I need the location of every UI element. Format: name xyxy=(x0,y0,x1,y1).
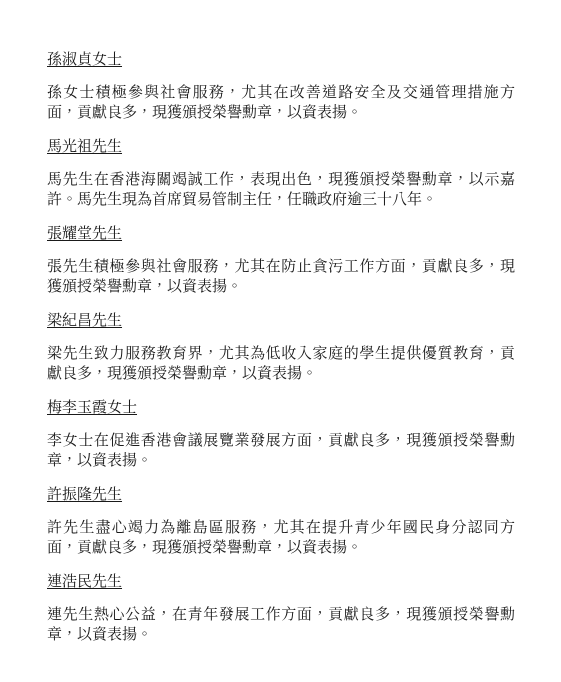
citation-line: 馬先生在香港海關竭誠工作，表現出色，現獲頒授榮譽勳章，以示嘉 xyxy=(47,170,515,190)
citation-line: 許。馬先生現為首席貿易管制主任，任職政府逾三十八年。 xyxy=(47,190,515,210)
recipient-name-heading: 許振隆先生 xyxy=(47,485,515,505)
citation-paragraph: 連先生熱心公益，在青年發展工作方面，貢獻良多，現獲頒授榮譽勳章，以資表揚。 xyxy=(47,605,515,645)
recipient-name-heading: 馬光祖先生 xyxy=(47,137,515,157)
citation-line: 獲頒授榮譽勳章，以資表揚。 xyxy=(47,277,515,297)
citation-paragraph: 張先生積極參與社會服務，尤其在防止貪污工作方面，貢獻良多，現獲頒授榮譽勳章，以資… xyxy=(47,257,515,297)
citation-paragraph: 李女士在促進香港會議展覽業發展方面，貢獻良多，現獲頒授榮譽勳章，以資表揚。 xyxy=(47,431,515,471)
citation-line: 章，以資表揚。 xyxy=(47,625,515,645)
honour-entry: 許振隆先生 許先生盡心竭力為離島區服務，尤其在提升青少年國民身分認同方面，貢獻良… xyxy=(47,485,515,558)
citation-paragraph: 梁先生致力服務教育界，尤其為低收入家庭的學生提供優質教育，貢獻良多，現獲頒授榮譽… xyxy=(47,344,515,384)
citation-line: 李女士在促進香港會議展覽業發展方面，貢獻良多，現獲頒授榮譽勳 xyxy=(47,431,515,451)
citation-line: 許先生盡心竭力為離島區服務，尤其在提升青少年國民身分認同方 xyxy=(47,518,515,538)
citation-line: 梁先生致力服務教育界，尤其為低收入家庭的學生提供優質教育，貢 xyxy=(47,344,515,364)
document-page: 孫淑貞女士 孫女士積極參與社會服務，尤其在改善道路安全及交通管理措施方面，貢獻良… xyxy=(0,0,561,682)
citation-line: 面，貢獻良多，現獲頒授榮譽勳章，以資表揚。 xyxy=(47,538,515,558)
citation-line: 連先生熱心公益，在青年發展工作方面，貢獻良多，現獲頒授榮譽勳 xyxy=(47,605,515,625)
recipient-name-heading: 梁紀昌先生 xyxy=(47,311,515,331)
honour-entry: 張耀堂先生 張先生積極參與社會服務，尤其在防止貪污工作方面，貢獻良多，現獲頒授榮… xyxy=(47,224,515,297)
recipient-name-heading: 梅李玉霞女士 xyxy=(47,398,515,418)
recipient-name-heading: 張耀堂先生 xyxy=(47,224,515,244)
citation-line: 獻良多，現獲頒授榮譽勳章，以資表揚。 xyxy=(47,364,515,384)
citation-line: 孫女士積極參與社會服務，尤其在改善道路安全及交通管理措施方 xyxy=(47,83,515,103)
citation-line: 張先生積極參與社會服務，尤其在防止貪污工作方面，貢獻良多，現 xyxy=(47,257,515,277)
honour-entry: 馬光祖先生 馬先生在香港海關竭誠工作，表現出色，現獲頒授榮譽勳章，以示嘉許。馬先… xyxy=(47,137,515,210)
citation-paragraph: 孫女士積極參與社會服務，尤其在改善道路安全及交通管理措施方面，貢獻良多，現獲頒授… xyxy=(47,83,515,123)
recipient-name-heading: 連浩民先生 xyxy=(47,572,515,592)
recipient-name-heading: 孫淑貞女士 xyxy=(47,50,515,70)
honour-entry: 連浩民先生 連先生熱心公益，在青年發展工作方面，貢獻良多，現獲頒授榮譽勳章，以資… xyxy=(47,572,515,645)
citation-line: 面，貢獻良多，現獲頒授榮譽勳章，以資表揚。 xyxy=(47,103,515,123)
honour-entry: 孫淑貞女士 孫女士積極參與社會服務，尤其在改善道路安全及交通管理措施方面，貢獻良… xyxy=(47,50,515,123)
citation-paragraph: 馬先生在香港海關竭誠工作，表現出色，現獲頒授榮譽勳章，以示嘉許。馬先生現為首席貿… xyxy=(47,170,515,210)
honour-entry: 梁紀昌先生 梁先生致力服務教育界，尤其為低收入家庭的學生提供優質教育，貢獻良多，… xyxy=(47,311,515,384)
citation-line: 章，以資表揚。 xyxy=(47,451,515,471)
citation-paragraph: 許先生盡心竭力為離島區服務，尤其在提升青少年國民身分認同方面，貢獻良多，現獲頒授… xyxy=(47,518,515,558)
honour-entry: 梅李玉霞女士 李女士在促進香港會議展覽業發展方面，貢獻良多，現獲頒授榮譽勳章，以… xyxy=(47,398,515,471)
